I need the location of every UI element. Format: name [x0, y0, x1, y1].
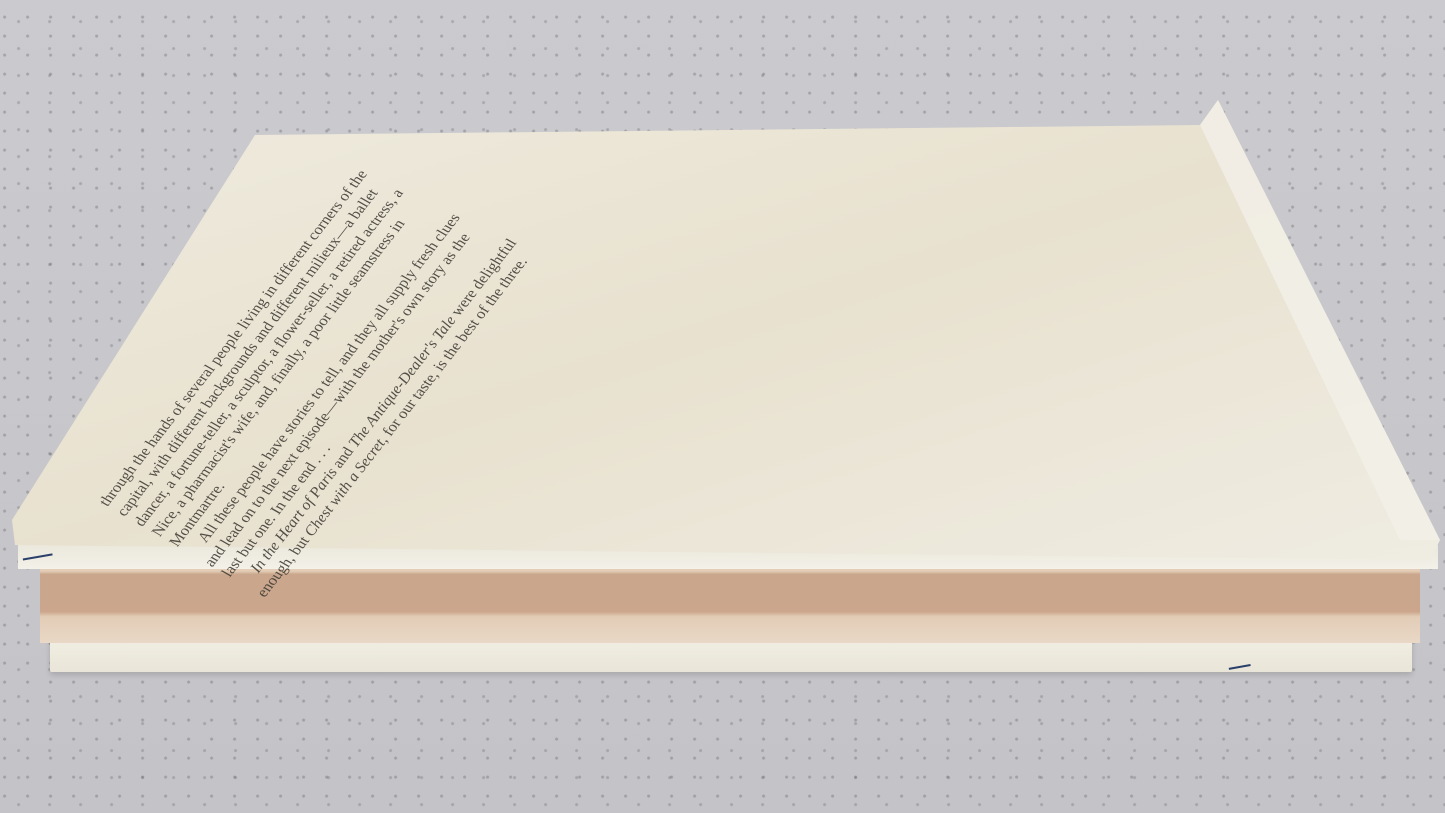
- dust-jacket-back-cover: through the hands of several people livi…: [0, 0, 1445, 560]
- book-back-board: [50, 638, 1412, 672]
